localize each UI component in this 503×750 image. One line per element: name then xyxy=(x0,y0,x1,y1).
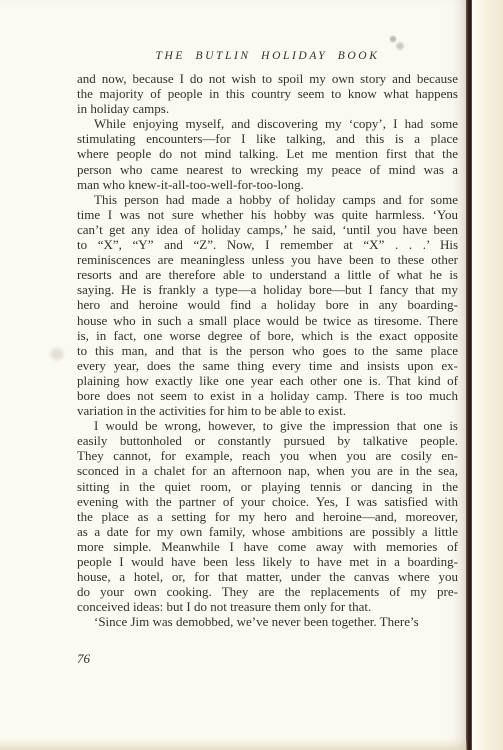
text-line: every year, does the same thing every ti… xyxy=(77,358,458,373)
book-page: THE BUTLIN HOLIDAY BOOK and now, because… xyxy=(0,0,467,750)
text-line: ‘Since Jim was demobbed, we’ve never bee… xyxy=(77,614,458,629)
adjacent-page-edge xyxy=(472,0,503,750)
text-line: conceived ideas: but I do not treasure t… xyxy=(77,599,458,614)
text-line: in holiday camps. xyxy=(77,101,458,116)
text-line: people I would have been less likely to … xyxy=(77,554,458,569)
text-line: stimulating encounters—for I like talkin… xyxy=(77,131,458,146)
text-line: do your own cooking. They are the replac… xyxy=(77,584,458,599)
text-line: saying. He is frankly a type—a holiday b… xyxy=(77,282,458,297)
text-line: time I was not sure whether his hobby wa… xyxy=(77,207,458,222)
text-line: to “X”, “Y” and “Z”. Now, I remember at … xyxy=(77,237,458,252)
text-line: can’t get any idea of holiday camps,’ he… xyxy=(77,222,458,237)
text-line: evening with the partner of your choice.… xyxy=(77,494,458,509)
text-line: person who came nearest to wrecking my p… xyxy=(77,162,458,177)
text-line: the place as a setting for my hero and h… xyxy=(77,509,458,524)
text-line: They cannot, for example, reach you when… xyxy=(77,448,458,463)
text-line: sconced in a chalet for an afternoon nap… xyxy=(77,463,458,478)
page-number: 76 xyxy=(77,651,90,667)
text-line: house who in such a small place would be… xyxy=(77,313,458,328)
text-line: man who knew-it-all-too-well-for-too-lon… xyxy=(77,177,458,192)
text-line: resorts and are therefore able to unders… xyxy=(77,267,458,282)
text-line: This person had made a hobby of holiday … xyxy=(77,192,458,207)
text-line: easily buttonholed or constantly pursued… xyxy=(77,433,458,448)
text-line: sitting in the quiet room, or playing te… xyxy=(77,479,458,494)
text-line: as a date for my own family, whose ambit… xyxy=(77,524,458,539)
text-line: I would be wrong, however, to give the i… xyxy=(77,418,458,433)
smudge-mark xyxy=(48,346,66,362)
text-line: and now, because I do not wish to spoil … xyxy=(77,71,458,86)
text-line: house, a hotel, or, for that matter, und… xyxy=(77,569,458,584)
text-line: hero and heroine would find a holiday bo… xyxy=(77,297,458,312)
text-line: reminiscences are meaningless unless you… xyxy=(77,252,458,267)
scanned-book-page: { "page": { "running_header": "THE BUTLI… xyxy=(0,0,503,750)
bottom-page-edge xyxy=(0,738,467,750)
text-line: where people do not mind talking. Let me… xyxy=(77,146,458,161)
running-header: THE BUTLIN HOLIDAY BOOK xyxy=(77,50,458,62)
text-line: bore does not seem to exist in a holiday… xyxy=(77,388,458,403)
text-line: is, in fact, one worse degree of bore, w… xyxy=(77,328,458,343)
text-line: the majority of people in this country s… xyxy=(77,86,458,101)
text-line: variation in the activities for him to b… xyxy=(77,403,458,418)
text-line: to this man, and that is the person who … xyxy=(77,343,458,358)
text-line: more simple. Meanwhile I have come away … xyxy=(77,539,458,554)
text-line: plaining how exactly like one year each … xyxy=(77,373,458,388)
text-line: While enjoying myself, and discovering m… xyxy=(77,116,458,131)
page-text: and now, because I do not wish to spoil … xyxy=(77,71,458,629)
